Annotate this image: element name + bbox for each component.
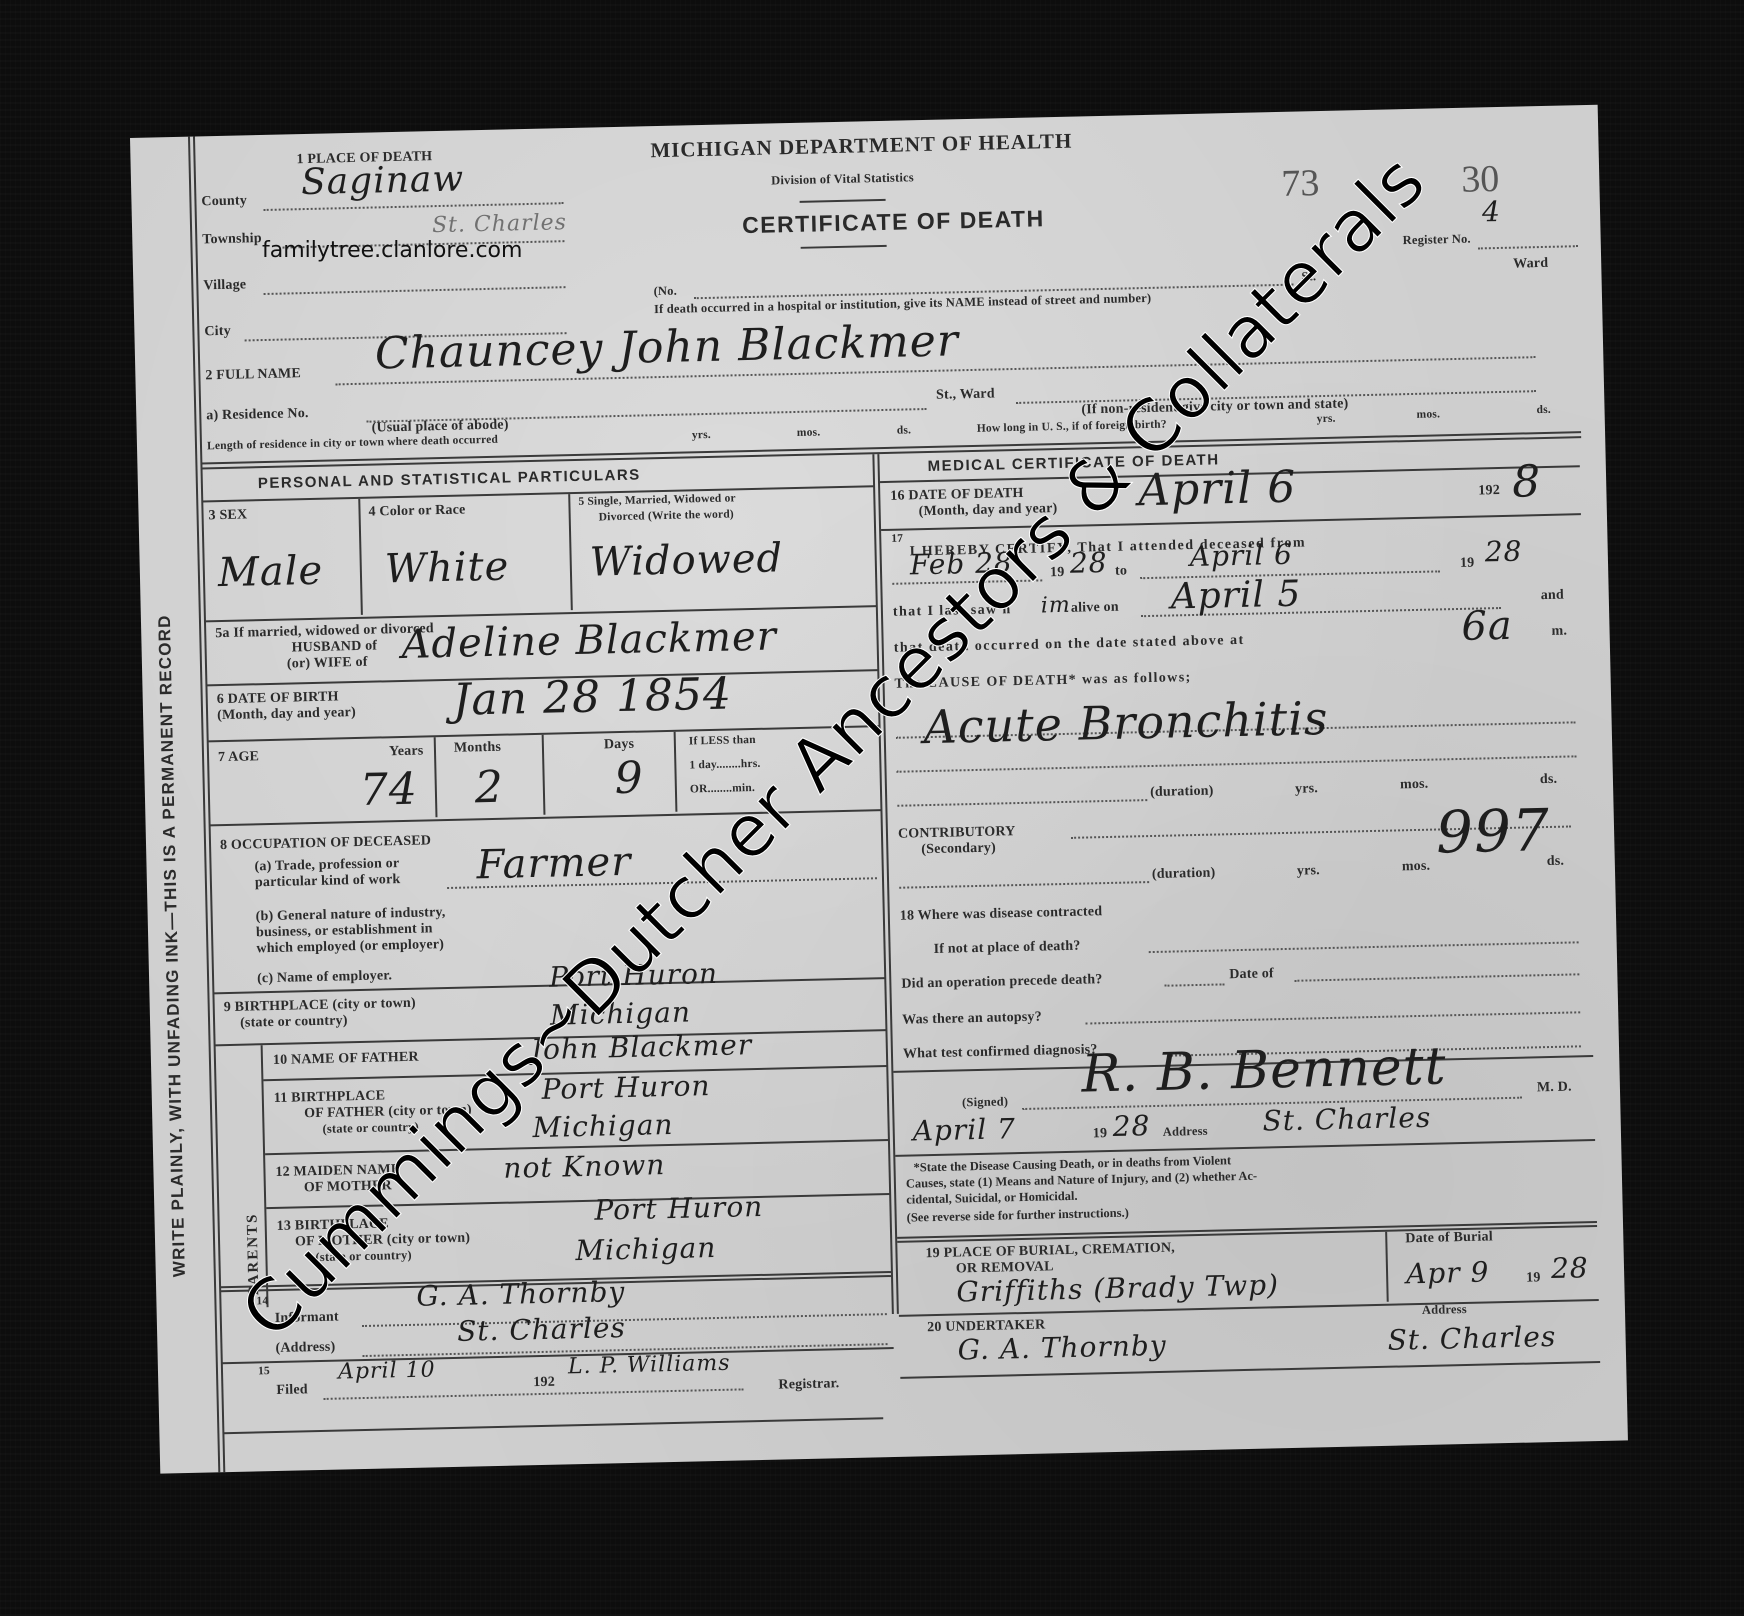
- foreign-ds: ds.: [1536, 404, 1551, 416]
- age-months-value: 2: [474, 762, 504, 814]
- years-label: Years: [389, 744, 424, 761]
- last-saw-pronoun: im: [1041, 593, 1071, 619]
- register-handwritten: 4: [1482, 195, 1502, 228]
- father-birthplace-city: Port Huron: [541, 1069, 711, 1106]
- attended-to-value: April 6: [1189, 538, 1293, 573]
- dob-label-2: (Month, day and year): [217, 705, 356, 724]
- physician-address-value: St. Charles: [1262, 1101, 1431, 1138]
- less-than-label-1: If LESS than: [689, 734, 756, 748]
- certify-number: 17: [891, 533, 903, 545]
- filed-number: 15: [258, 1365, 270, 1377]
- to-label: to: [1115, 563, 1127, 579]
- mother-birthplace-state: Michigan: [575, 1231, 717, 1267]
- county-value: Saginaw: [301, 158, 465, 203]
- occupation-value: Farmer: [476, 839, 632, 888]
- foreign-yrs: yrs.: [1317, 413, 1336, 425]
- contributory-sublabel: (Secondary): [921, 841, 996, 859]
- st-ward-label: St., Ward: [936, 386, 995, 403]
- test-label: What test confirmed diagnosis?: [903, 1042, 1098, 1062]
- title-rule-top: [800, 199, 886, 203]
- yrs-label: yrs.: [692, 429, 711, 441]
- registrar-signature: L. P. Williams: [568, 1351, 731, 1380]
- operation-label: Did an operation precede death?: [901, 972, 1102, 993]
- days-label: Days: [604, 737, 635, 754]
- signed-date-value: April 7: [912, 1112, 1016, 1147]
- township-label: Township: [202, 231, 262, 248]
- signed-year-value: 28: [1112, 1109, 1150, 1143]
- death-time-value: 6a: [1461, 603, 1513, 650]
- undertaker-address-value: St. Charles: [1387, 1320, 1556, 1357]
- burial-place-value: Griffiths (Brady Twp): [956, 1268, 1279, 1308]
- alive-on-label: alive on: [1071, 600, 1119, 617]
- occupation-a-label-2: particular kind of work: [255, 872, 401, 891]
- physician-signature: R. B. Bennett: [1081, 1036, 1447, 1104]
- institution-note: If death occurred in a hospital or insti…: [654, 291, 1152, 317]
- mother-maiden-value: not Known: [503, 1148, 666, 1185]
- length-residence-label: Length of residence in city or town wher…: [207, 434, 498, 453]
- sex-value: Male: [217, 548, 323, 596]
- ds-label: ds.: [897, 424, 912, 436]
- attended-to-year: 28: [1484, 535, 1522, 569]
- duration-ds: ds.: [1540, 772, 1558, 788]
- full-name-value: Chauncey John Blackmer: [374, 315, 959, 379]
- mos-label: mos.: [797, 426, 821, 439]
- death-year-prefix: 192: [1478, 483, 1500, 499]
- where-contracted-label: 18 Where was disease contracted: [900, 904, 1103, 925]
- duration-mos: mos.: [1400, 777, 1429, 794]
- mother-birthplace-city: Port Huron: [594, 1190, 764, 1227]
- dob-value: Jan 28 1854: [452, 668, 732, 725]
- spouse-label-3: (or) WIFE of: [287, 655, 368, 673]
- age-label: 7 AGE: [218, 749, 259, 766]
- date-of-label: Date of: [1229, 966, 1274, 983]
- marital-value: Widowed: [589, 535, 783, 585]
- site-watermark: familytree.clanlore.com: [262, 238, 522, 263]
- duration-label: (duration): [1150, 784, 1214, 801]
- residence-label: a) Residence No.: [206, 406, 309, 424]
- autopsy-label: Was there an autopsy?: [902, 1010, 1042, 1029]
- institution-no-label: (No.: [653, 284, 677, 300]
- burial-date-value: Apr 9: [1406, 1255, 1490, 1290]
- last-saw-value: April 5: [1170, 574, 1302, 618]
- contrib-duration-yrs: yrs.: [1297, 863, 1320, 880]
- signed-label: (Signed): [962, 1094, 1008, 1110]
- department-title: MICHIGAN DEPARTMENT OF HEALTH: [650, 129, 1073, 164]
- column-divider: [872, 454, 894, 1314]
- township-value: St. Charles: [432, 210, 567, 238]
- division-title: Division of Vital Statistics: [771, 170, 914, 188]
- personal-section-title: PERSONAL AND STATISTICAL PARTICULARS: [258, 467, 641, 493]
- father-name-label: 10 NAME OF FATHER: [273, 1050, 419, 1069]
- register-label: Register No.: [1402, 232, 1470, 249]
- informant-value: G. A. Thornby: [416, 1275, 626, 1313]
- death-time-suffix: m.: [1551, 624, 1567, 640]
- registrar-label: Registrar.: [778, 1376, 839, 1393]
- age-days-value: 9: [614, 753, 644, 805]
- certificate-title: CERTIFICATE OF DEATH: [742, 205, 1045, 239]
- undertaker-value: G. A. Thornby: [957, 1329, 1167, 1367]
- footnote-line-3: cidental, Suicidal, or Homicidal.: [906, 1189, 1078, 1208]
- city-label: City: [204, 324, 231, 341]
- color-value: White: [384, 544, 509, 593]
- full-name-label: 2 FULL NAME: [205, 366, 301, 384]
- ward-label: Ward: [1513, 256, 1548, 273]
- occupation-heading: 8 OCCUPATION OF DECEASED: [220, 833, 431, 854]
- sex-label: 3 SEX: [208, 507, 247, 524]
- months-label: Months: [454, 740, 501, 757]
- age-years-value: 74: [359, 764, 418, 816]
- permanent-record-margin-text: WRITE PLAINLY, WITH UNFADING INK—THIS IS…: [155, 614, 190, 1277]
- village-label: Village: [203, 277, 246, 294]
- year-prefix-2: 19: [1460, 556, 1475, 572]
- last-saw-and: and: [1541, 588, 1565, 605]
- father-birthplace-state: Michigan: [532, 1108, 674, 1144]
- burial-year-prefix: 19: [1526, 1270, 1541, 1286]
- filed-year-prefix: 192: [533, 1375, 555, 1391]
- if-not-place-label: If not at place of death?: [933, 939, 1080, 958]
- burial-date-label: Date of Burial: [1405, 1229, 1493, 1247]
- foreign-mos: mos.: [1416, 408, 1440, 421]
- marital-label-2: Divorced (Write the word): [599, 508, 734, 523]
- undertaker-address-label: Address: [1422, 1302, 1467, 1318]
- informant-address-value: St. Charles: [457, 1311, 626, 1348]
- employer-label: (c) Name of employer.: [257, 968, 392, 987]
- death-year-suffix: 8: [1512, 456, 1542, 508]
- spouse-label-2: HUSBAND of: [291, 639, 377, 657]
- register-stamp: 73: [1281, 161, 1320, 206]
- physician-address-label: Address: [1163, 1124, 1208, 1140]
- contrib-duration-mos: mos.: [1402, 859, 1431, 876]
- signed-year-prefix: 19: [1093, 1126, 1108, 1142]
- cause-of-death-value: Acute Bronchitis: [923, 691, 1329, 754]
- county-label: County: [201, 193, 247, 210]
- birthplace-label-2: (state or country): [240, 1013, 348, 1031]
- contrib-duration-label: (duration): [1152, 866, 1216, 883]
- contrib-duration-ds: ds.: [1547, 854, 1565, 870]
- title-rule-bottom: [801, 245, 887, 249]
- spouse-value: Adeline Blackmer: [401, 613, 777, 668]
- contributory-duration-value: 997: [1435, 796, 1550, 867]
- filed-date-value: April 10: [338, 1357, 436, 1384]
- footnote-line-4: (See reverse side for further instructio…: [907, 1206, 1129, 1226]
- contributory-label: CONTRIBUTORY: [898, 824, 1016, 843]
- burial-year-value: 28: [1551, 1251, 1589, 1285]
- md-label: M. D.: [1537, 1080, 1572, 1097]
- marital-label-1: 5 Single, Married, Widowed or: [578, 492, 736, 508]
- color-label: 4 Color or Race: [368, 502, 465, 520]
- duration-yrs: yrs.: [1295, 781, 1318, 798]
- filed-label: Filed: [276, 1382, 308, 1399]
- occupation-b-label-3: which employed (or employer): [256, 937, 444, 957]
